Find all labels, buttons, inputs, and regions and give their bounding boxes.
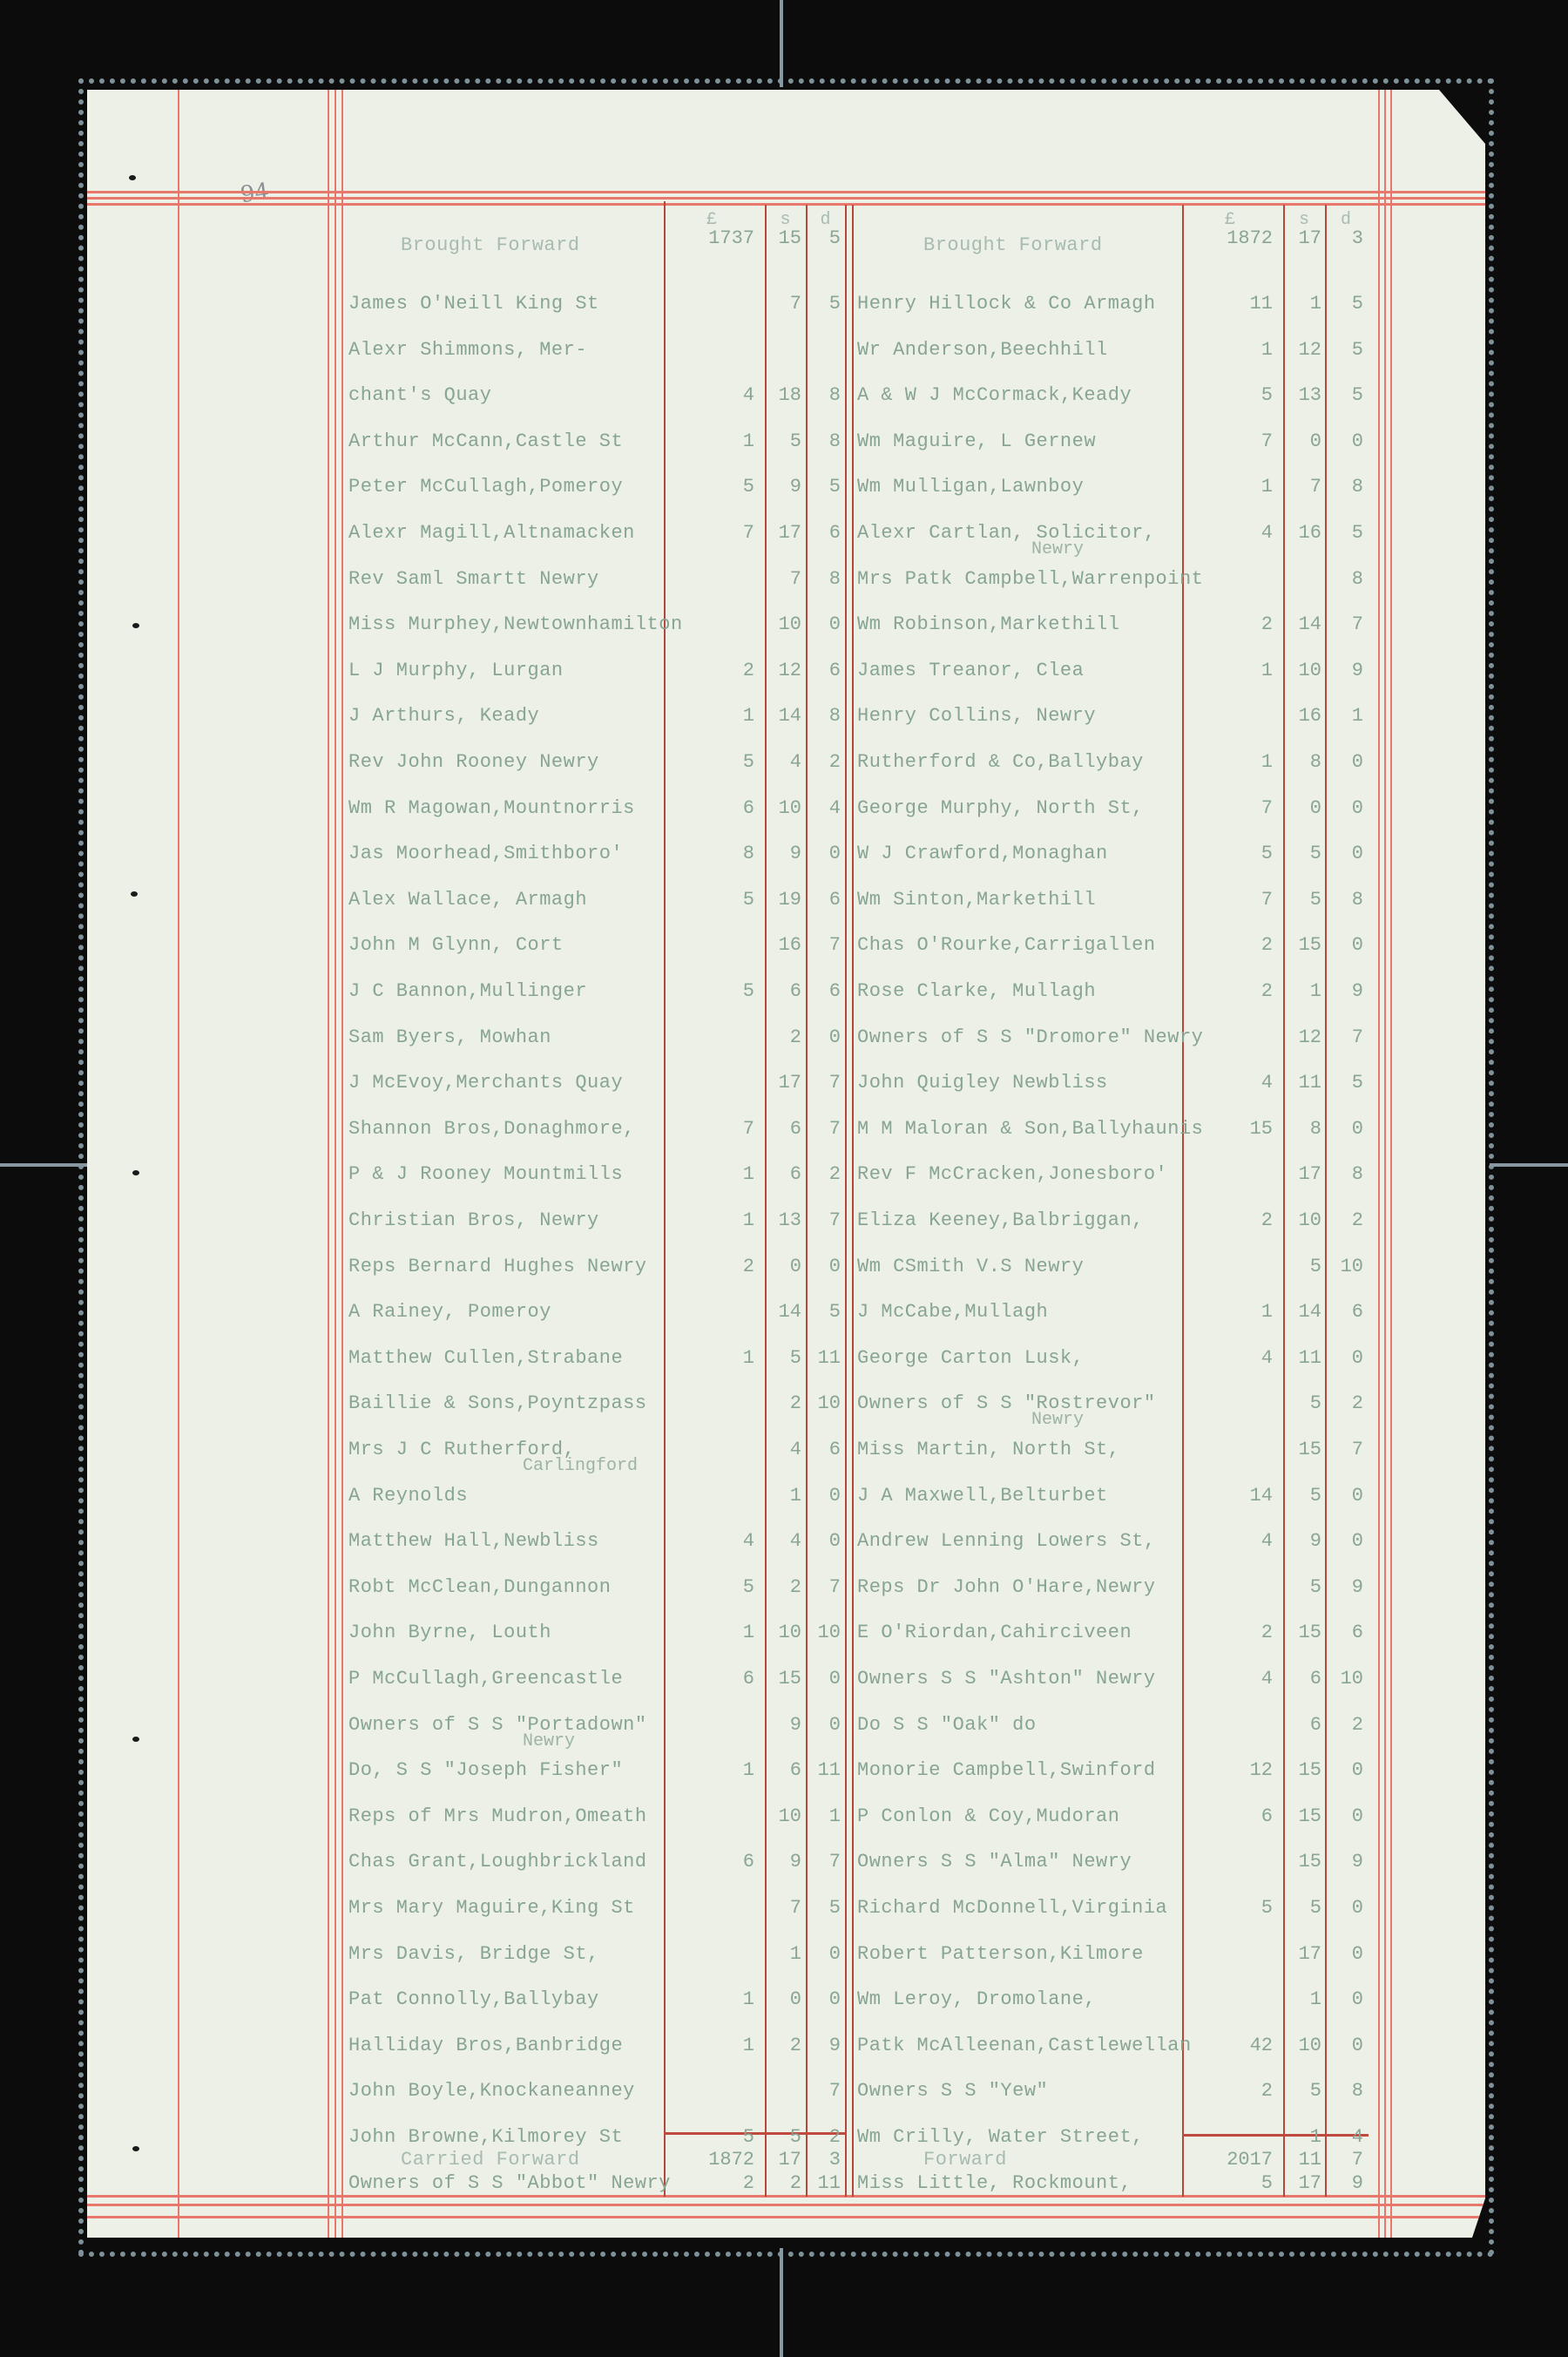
ledger-entry-pence: 6 (806, 891, 841, 910)
ledger-entry-name: J A Maxwell,Belturbet (857, 1487, 1108, 1506)
ledger-entry-name: Miss Murphey,Newtownhamilton (348, 615, 683, 634)
ledger-entry-pence: 5 (1325, 341, 1363, 360)
ledger-entry-pence: 2 (806, 753, 841, 772)
ledger-entry-name: George Carton Lusk, (857, 1349, 1084, 1368)
ledger-entry-pence: 0 (1325, 799, 1363, 818)
ledger-entry-shillings: 12 (1283, 1028, 1321, 1047)
header-rule (87, 203, 1485, 206)
ledger-entry-pence: 0 (806, 1532, 841, 1551)
ledger-entry-pounds: 6 (664, 1670, 754, 1689)
ledger-entry-shillings: 2 (765, 1578, 801, 1597)
ledger-entry-shillings: 15 (1283, 1440, 1321, 1460)
ledger-entry-shillings: 4 (765, 753, 801, 772)
right_ledger-carried-forward-pence: 7 (1325, 2150, 1363, 2170)
ledger-entry-name: Matthew Hall,Newbliss (348, 1532, 599, 1551)
footer-rule (87, 2204, 1485, 2206)
right-shillings-header: s (1283, 212, 1325, 229)
ledger-entry-shillings: 8 (1283, 1120, 1321, 1139)
ledger-entry-shillings: 16 (765, 936, 801, 955)
ledger-entry-shillings: 1 (765, 1945, 801, 1964)
ledger-entry-name: Alex Wallace, Armagh (348, 891, 587, 910)
ledger-entry-shillings: 10 (1283, 661, 1321, 681)
ledger-entry-name: Henry Hillock & Co Armagh (857, 295, 1156, 314)
ledger-entry-name: Pat Connolly,Ballybay (348, 1990, 599, 2009)
ledger-entry-name: Chas Grant,Loughbrickland (348, 1852, 647, 1872)
ledger-entry-shillings: 17 (1283, 1165, 1321, 1184)
ledger-entry-shillings: 1 (1283, 1990, 1321, 2009)
ledger-entry-shillings: 8 (1283, 753, 1321, 772)
ledger-entry-pence: 0 (806, 1716, 841, 1735)
ledger-entry-pounds: 14 (1182, 1487, 1273, 1506)
ledger-entry-pence: 4 (806, 799, 841, 818)
ledger-entry-name: Peter McCullagh,Pomeroy (348, 477, 623, 497)
ledger-entry-name: Wm Maguire, L Gernew (857, 432, 1096, 451)
ledger-entry-pounds: 6 (664, 1852, 754, 1872)
ledger-entry-name: Wm Robinson,Markethill (857, 615, 1119, 634)
ledger-entry-name: Owners of S S "Rostrevor" (857, 1394, 1156, 1413)
mount-seam-right (1490, 1163, 1568, 1167)
ledger-entry-shillings: 10 (765, 1623, 801, 1642)
ledger-entry-pounds: 5 (1182, 2174, 1273, 2193)
ledger-entry-place: Newry (523, 1733, 575, 1751)
ledger-entry-pence: 0 (1325, 1487, 1363, 1506)
ledger-entry-pence: 1 (1325, 707, 1363, 726)
ledger-entry-name: Patk McAlleenan,Castlewellan (857, 2036, 1192, 2056)
ledger-entry-pence: 5 (806, 1303, 841, 1322)
ledger-entry-pounds: 1 (1182, 1303, 1273, 1322)
ledger-entry-name: Wm Leroy, Dromolane, (857, 1990, 1096, 2009)
ledger-entry-pounds: 4 (664, 1532, 754, 1551)
ledger-entry-pence: 7 (806, 936, 841, 955)
ledger-entry-pounds: 1 (664, 1349, 754, 1368)
ledger-entry-pounds: 1 (1182, 753, 1273, 772)
ledger-entry-shillings: 15 (1283, 936, 1321, 955)
ledger-entry-pence: 10 (806, 1394, 841, 1413)
ledger-entry-name: Monorie Campbell,Swinford (857, 1761, 1156, 1780)
ledger-entry-pounds: 2 (1182, 2082, 1273, 2101)
ledger-entry-pounds: 5 (664, 1578, 754, 1597)
ledger-entry-shillings: 5 (1283, 844, 1321, 864)
ledger-entry-shillings: 5 (1283, 1487, 1321, 1506)
ledger-entry-pounds: 5 (664, 753, 754, 772)
ledger-entry-pence: 7 (1325, 1028, 1363, 1047)
ledger-entry-pence: 6 (806, 982, 841, 1001)
ledger-entry-shillings: 6 (1283, 1716, 1321, 1735)
ledger-entry-shillings: 15 (1283, 1761, 1321, 1780)
ledger-entry-shillings: 0 (1283, 799, 1321, 818)
ledger-entry-pence: 0 (1325, 1532, 1363, 1551)
ledger-entry-pence: 0 (1325, 844, 1363, 864)
ledger-entry-pounds: 1 (664, 432, 754, 451)
ledger-entry-shillings: 7 (765, 295, 801, 314)
binding-hole (131, 891, 138, 897)
left-table-end-rule (852, 205, 854, 2197)
ledger-entry-pounds: 2 (664, 661, 754, 681)
ledger-entry-shillings: 2 (765, 1394, 801, 1413)
left_ledger-carried-forward-label: Carried Forward (401, 2150, 580, 2170)
ledger-page: 94 £ s d £ s d Brought Forward1737155Jam… (87, 90, 1485, 2238)
ledger-entry-name: A & W J McCormack,Keady (857, 386, 1132, 405)
ledger-entry-pence: 8 (806, 707, 841, 726)
binding-hole (132, 623, 139, 628)
ledger-entry-pence: 7 (1325, 615, 1363, 634)
ledger-entry-pounds: 4 (664, 386, 754, 405)
ledger-entry-name: Sam Byers, Mowhan (348, 1028, 551, 1047)
ledger-entry-pence: 0 (1325, 1945, 1363, 1964)
ledger-entry-name: Alexr Magill,Altnamacken (348, 524, 635, 543)
ledger-entry-shillings: 6 (765, 982, 801, 1001)
ledger-entry-pence: 0 (806, 1990, 841, 2009)
ledger-entry-pounds: 4 (1182, 1349, 1273, 1368)
ledger-entry-name: J McCabe,Mullagh (857, 1303, 1048, 1322)
ledger-entry-pence: 2 (1325, 1211, 1363, 1230)
ledger-entry-pence: 5 (1325, 1074, 1363, 1093)
ledger-entry-shillings: 16 (1283, 524, 1321, 543)
ledger-entry-pence: 0 (806, 1945, 841, 1964)
ledger-entry-name: Henry Collins, Newry (857, 707, 1096, 726)
ledger-entry-pounds: 2 (1182, 982, 1273, 1001)
ledger-entry-shillings: 17 (1283, 2174, 1321, 2193)
ledger-entry-name: Shannon Bros,Donaghmore, (348, 1120, 635, 1139)
ledger-entry-shillings: 14 (765, 707, 801, 726)
ledger-entry-name: J C Bannon,Mullinger (348, 982, 587, 1001)
right-pounds-header: £ (1182, 212, 1278, 229)
ledger-entry-shillings: 12 (1283, 341, 1321, 360)
ledger-entry-name: A Reynolds (348, 1487, 468, 1506)
ledger-entry-shillings: 17 (1283, 1945, 1321, 1964)
ledger-entry-name: Wm Mulligan,Lawnboy (857, 477, 1084, 497)
ledger-entry-pounds: 5 (664, 2128, 754, 2147)
ledger-entry-name: Owners S S "Yew" (857, 2082, 1048, 2101)
ledger-entry-pounds: 1 (664, 1211, 754, 1230)
ledger-entry-pence: 0 (806, 1670, 841, 1689)
binding-hole (132, 2146, 139, 2151)
ledger-entry-shillings: 5 (1283, 1899, 1321, 1918)
ledger-entry-shillings: 2 (765, 2174, 801, 2193)
ledger-entry-pounds: 2 (1182, 936, 1273, 955)
ledger-entry-pence: 8 (1325, 477, 1363, 497)
ledger-entry-name: Rose Clarke, Mullagh (857, 982, 1096, 1001)
footer-rule (87, 2216, 1485, 2218)
binding-hole (132, 1170, 139, 1175)
ledger-entry-name: Rutherford & Co,Ballybay (857, 753, 1144, 772)
ledger-entry-name: Reps Dr John O'Hare,Newry (857, 1578, 1156, 1597)
ledger-entry-pence: 9 (1325, 1578, 1363, 1597)
ledger-entry-name: Owners of S S "Abbot" Newry (348, 2174, 671, 2193)
ledger-entry-pence: 6 (1325, 1623, 1363, 1642)
ledger-entry-name: Robert Patterson,Kilmore (857, 1945, 1144, 1964)
ledger-entry-name: Rev Saml Smartt Newry (348, 570, 599, 589)
ledger-entry-pounds: 1 (1182, 341, 1273, 360)
ledger-entry-pence: 2 (1325, 1394, 1363, 1413)
left_ledger-brought-forward-pounds: 1737 (664, 229, 754, 248)
ledger-entry-pence: 2 (806, 1165, 841, 1184)
ledger-entry-shillings: 10 (765, 1807, 801, 1826)
ledger-entry-pence: 2 (1325, 1716, 1363, 1735)
ledger-entry-pounds: 2 (1182, 1623, 1273, 1642)
ledger-entry-shillings: 0 (765, 1257, 801, 1277)
ledger-entry-pounds: 7 (1182, 799, 1273, 818)
ledger-entry-pounds: 2 (664, 2174, 754, 2193)
ledger-entry-shillings: 10 (765, 799, 801, 818)
ledger-entry-shillings: 7 (1283, 477, 1321, 497)
ledger-entry-name: Eliza Keeney,Balbriggan, (857, 1211, 1144, 1230)
ledger-entry-name: Do S S "Oak" do (857, 1716, 1037, 1735)
ledger-entry-pence: 7 (806, 1074, 841, 1093)
ledger-entry-pence: 7 (806, 1120, 841, 1139)
footer-rule (87, 2195, 1485, 2198)
margin-rule (1390, 90, 1392, 2238)
ledger-entry-pence: 11 (806, 1761, 841, 1780)
ledger-entry-place: Newry (1031, 1412, 1084, 1429)
ledger-entry-pounds: 1 (664, 2036, 754, 2056)
ledger-entry-pounds: 1 (664, 1165, 754, 1184)
ledger-entry-pounds: 5 (664, 891, 754, 910)
ledger-entry-pounds: 6 (664, 799, 754, 818)
ledger-entry-shillings: 14 (1283, 1303, 1321, 1322)
ledger-entry-shillings: 5 (1283, 891, 1321, 910)
ledger-entry-shillings: 16 (1283, 707, 1321, 726)
ledger-entry-pounds: 4 (1182, 1532, 1273, 1551)
left_ledger-carried-forward-shillings: 17 (765, 2150, 801, 2170)
right_ledger-brought-forward-shillings: 17 (1283, 229, 1321, 248)
ledger-entry-shillings: 9 (765, 844, 801, 864)
ledger-entry-pounds: 4 (1182, 1670, 1273, 1689)
ledger-entry-name: Baillie & Sons,Poyntzpass (348, 1394, 647, 1413)
ledger-entry-name: Andrew Lenning Lowers St, (857, 1532, 1156, 1551)
ledger-entry-pence: 0 (1325, 2036, 1363, 2056)
ledger-entry-shillings: 1 (1283, 2128, 1321, 2147)
left_ledger-brought-forward-shillings: 15 (765, 229, 801, 248)
ledger-entry-pounds: 1 (664, 1761, 754, 1780)
ledger-entry-name: J Arthurs, Keady (348, 707, 539, 726)
ledger-entry-name: Wm CSmith V.S Newry (857, 1257, 1084, 1277)
right_ledger-brought-forward-label: Brought Forward (923, 236, 1103, 255)
left-table-end-rule (845, 205, 847, 2197)
ledger-entry-shillings: 5 (765, 2128, 801, 2147)
ledger-entry-pence: 0 (1325, 1761, 1363, 1780)
ledger-entry-shillings: 9 (765, 477, 801, 497)
ledger-entry-pence: 7 (806, 2082, 841, 2101)
ledger-entry-pence: 7 (806, 1211, 841, 1230)
ledger-entry-name: J McEvoy,Merchants Quay (348, 1074, 623, 1093)
right_ledger-brought-forward-pence: 3 (1325, 229, 1363, 248)
ledger-entry-shillings: 13 (1283, 386, 1321, 405)
ledger-entry-shillings: 6 (765, 1761, 801, 1780)
ledger-entry-name: John Byrne, Louth (348, 1623, 551, 1642)
ledger-entry-shillings: 1 (765, 1487, 801, 1506)
left_ledger-carried-forward-pounds: 1872 (664, 2150, 754, 2170)
ledger-entry-place: Newry (1031, 541, 1084, 559)
ledger-entry-name: Mrs Patk Campbell,Warrenpoint (857, 570, 1203, 589)
ledger-entry-pounds: 11 (1182, 295, 1273, 314)
ledger-entry-pounds: 5 (664, 477, 754, 497)
ledger-entry-pence: 0 (1325, 753, 1363, 772)
ledger-entry-pence: 8 (806, 386, 841, 405)
ledger-entry-pence: 5 (806, 295, 841, 314)
ledger-entry-pence: 0 (806, 1257, 841, 1277)
ledger-entry-shillings: 2 (765, 2036, 801, 2056)
ledger-entry-shillings: 6 (1283, 1670, 1321, 1689)
ledger-entry-name: Wm Crilly, Water Street, (857, 2128, 1144, 2147)
ledger-entry-shillings: 17 (765, 1074, 801, 1093)
ledger-entry-name: Halliday Bros,Banbridge (348, 2036, 623, 2056)
ledger-entry-name: Richard McDonnell,Virginia (857, 1899, 1167, 1918)
ledger-entry-name: W J Crawford,Monaghan (857, 844, 1108, 864)
margin-rule (178, 90, 179, 2238)
ledger-entry-name: Wr Anderson,Beechhill (857, 341, 1108, 360)
ledger-entry-name: Christian Bros, Newry (348, 1211, 599, 1230)
ledger-entry-shillings: 5 (1283, 1257, 1321, 1277)
ledger-entry-shillings: 5 (1283, 2082, 1321, 2101)
ledger-entry-name: John Browne,Kilmorey St (348, 2128, 623, 2147)
ledger-entry-pence: 9 (1325, 661, 1363, 681)
ledger-entry-shillings: 5 (765, 1349, 801, 1368)
ledger-entry-pounds: 12 (1182, 1761, 1273, 1780)
ledger-entry-pence: 0 (1325, 1899, 1363, 1918)
margin-rule (1378, 90, 1380, 2238)
ledger-entry-pounds: 2 (1182, 615, 1273, 634)
ledger-entry-pence: 8 (1325, 891, 1363, 910)
ledger-entry-pence: 10 (1325, 1257, 1363, 1277)
binding-hole (132, 1737, 139, 1742)
ledger-entry-pounds: 42 (1182, 2036, 1273, 2056)
ledger-entry-name: chant's Quay (348, 386, 491, 405)
margin-rule (328, 90, 329, 2238)
binding-hole (129, 175, 136, 180)
ledger-entry-shillings: 10 (1283, 2036, 1321, 2056)
ledger-entry-pence: 8 (1325, 1165, 1363, 1184)
header-rule (87, 191, 1485, 193)
ledger-entry-name: Wm R Magowan,Mountnorris (348, 799, 635, 818)
header-rule (87, 197, 1485, 200)
right_ledger-carried-forward-shillings: 11 (1283, 2150, 1321, 2170)
ledger-entry-pence: 5 (1325, 386, 1363, 405)
ledger-entry-pence: 10 (1325, 1670, 1363, 1689)
ledger-entry-name: Jas Moorhead,Smithboro' (348, 844, 623, 864)
ledger-entry-name: Mrs Davis, Bridge St, (348, 1945, 599, 1964)
ledger-entry-pence: 8 (1325, 2082, 1363, 2101)
ledger-entry-pence: 6 (806, 661, 841, 681)
ledger-entry-name: Reps of Mrs Mudron,Omeath (348, 1807, 647, 1826)
ledger-entry-pounds: 7 (1182, 432, 1273, 451)
ledger-entry-name: John Quigley Newbliss (857, 1074, 1108, 1093)
ledger-entry-pence: 5 (1325, 295, 1363, 314)
ledger-entry-shillings: 17 (765, 524, 801, 543)
ledger-entry-shillings: 14 (765, 1303, 801, 1322)
ledger-entry-pence: 0 (806, 844, 841, 864)
ledger-entry-pounds: 7 (664, 524, 754, 543)
ledger-entry-pence: 9 (1325, 1852, 1363, 1872)
ledger-entry-pounds: 1 (1182, 477, 1273, 497)
right-pence-header: d (1325, 212, 1367, 229)
ledger-entry-name: George Murphy, North St, (857, 799, 1144, 818)
right_ledger-brought-forward-pounds: 1872 (1182, 229, 1273, 248)
ledger-entry-pounds: 6 (1182, 1807, 1273, 1826)
ledger-entry-name: Alexr Cartlan, Solicitor, (857, 524, 1156, 543)
ledger-entry-shillings: 11 (1283, 1074, 1321, 1093)
left-shillings-header: s (765, 212, 806, 229)
ledger-entry-pence: 6 (806, 1440, 841, 1460)
ledger-entry-pounds: 2 (1182, 1211, 1273, 1230)
ledger-entry-name: Do, S S "Joseph Fisher" (348, 1761, 623, 1780)
ledger-entry-pounds: 1 (664, 707, 754, 726)
mount-seam-left (0, 1163, 87, 1167)
ledger-entry-shillings: 2 (765, 1028, 801, 1047)
ledger-entry-name: Arthur McCann,Castle St (348, 432, 623, 451)
ledger-entry-name: Owners S S "Ashton" Newry (857, 1670, 1156, 1689)
ledger-entry-name: John M Glynn, Cort (348, 936, 564, 955)
ledger-entry-name: Reps Bernard Hughes Newry (348, 1257, 647, 1277)
ledger-entry-pounds: 7 (664, 1120, 754, 1139)
ledger-entry-pence: 7 (1325, 1440, 1363, 1460)
ledger-entry-shillings: 7 (765, 1899, 801, 1918)
ledger-entry-pounds: 1 (1182, 661, 1273, 681)
ledger-entry-pence: 6 (806, 524, 841, 543)
ledger-entry-pence: 0 (1325, 1990, 1363, 2009)
right_ledger-carried-forward-pounds: 2017 (1182, 2150, 1273, 2170)
ledger-entry-shillings: 1 (1283, 982, 1321, 1001)
ledger-entry-shillings: 5 (1283, 1578, 1321, 1597)
ledger-entry-name: P McCullagh,Greencastle (348, 1670, 623, 1689)
ledger-entry-shillings: 5 (765, 432, 801, 451)
ledger-entry-pence: 8 (1325, 570, 1363, 589)
ledger-entry-shillings: 12 (765, 661, 801, 681)
ledger-entry-name: Robt McClean,Dungannon (348, 1578, 611, 1597)
ledger-entry-pounds: 5 (1182, 386, 1273, 405)
ledger-entry-name: James Treanor, Clea (857, 661, 1084, 681)
ledger-entry-name: Owners of S S "Portadown" (348, 1716, 647, 1735)
mount-seam-top (780, 0, 783, 87)
ledger-entry-place: Carlingford (523, 1458, 638, 1475)
ledger-entry-pence: 8 (806, 570, 841, 589)
ledger-entry-name: P Conlon & Coy,Mudoran (857, 1807, 1119, 1826)
ledger-entry-name: James O'Neill King St (348, 295, 599, 314)
ledger-entry-shillings: 9 (1283, 1532, 1321, 1551)
ledger-entry-shillings: 0 (765, 1990, 801, 2009)
ledger-entry-pence: 2 (806, 2128, 841, 2147)
ledger-entry-shillings: 9 (765, 1716, 801, 1735)
ledger-entry-shillings: 4 (765, 1532, 801, 1551)
mount-seam-bottom (780, 2248, 783, 2357)
ledger-entry-pence: 1 (806, 1807, 841, 1826)
ledger-entry-name: L J Murphy, Lurgan (348, 661, 564, 681)
ledger-entry-shillings: 10 (765, 615, 801, 634)
ledger-entry-name: Alexr Shimmons, Mer- (348, 341, 587, 360)
ledger-entry-name: Rev F McCracken,Jonesboro' (857, 1165, 1167, 1184)
ledger-entry-name: Chas O'Rourke,Carrigallen (857, 936, 1156, 955)
ledger-entry-name: P & J Rooney Mountmills (348, 1165, 623, 1184)
ledger-entry-shillings: 7 (765, 570, 801, 589)
ledger-entry-pence: 5 (806, 1899, 841, 1918)
ledger-entry-pounds: 4 (1182, 524, 1273, 543)
ledger-entry-shillings: 14 (1283, 615, 1321, 634)
ledger-entry-shillings: 15 (1283, 1807, 1321, 1826)
ledger-entry-pounds: 7 (1182, 891, 1273, 910)
margin-rule (1384, 90, 1386, 2238)
margin-rule (335, 90, 336, 2238)
ledger-entry-pence: 5 (1325, 524, 1363, 543)
ledger-entry-pounds: 8 (664, 844, 754, 864)
ledger-entry-pence: 7 (806, 1578, 841, 1597)
ledger-entry-shillings: 6 (765, 1165, 801, 1184)
ledger-entry-pounds: 4 (1182, 1074, 1273, 1093)
ledger-entry-pounds: 15 (1182, 1120, 1273, 1139)
ledger-entry-pence: 8 (806, 432, 841, 451)
left-pence-header: d (806, 212, 845, 229)
ledger-entry-pence: 0 (806, 1028, 841, 1047)
ledger-entry-name: Wm Sinton,Markethill (857, 891, 1096, 910)
